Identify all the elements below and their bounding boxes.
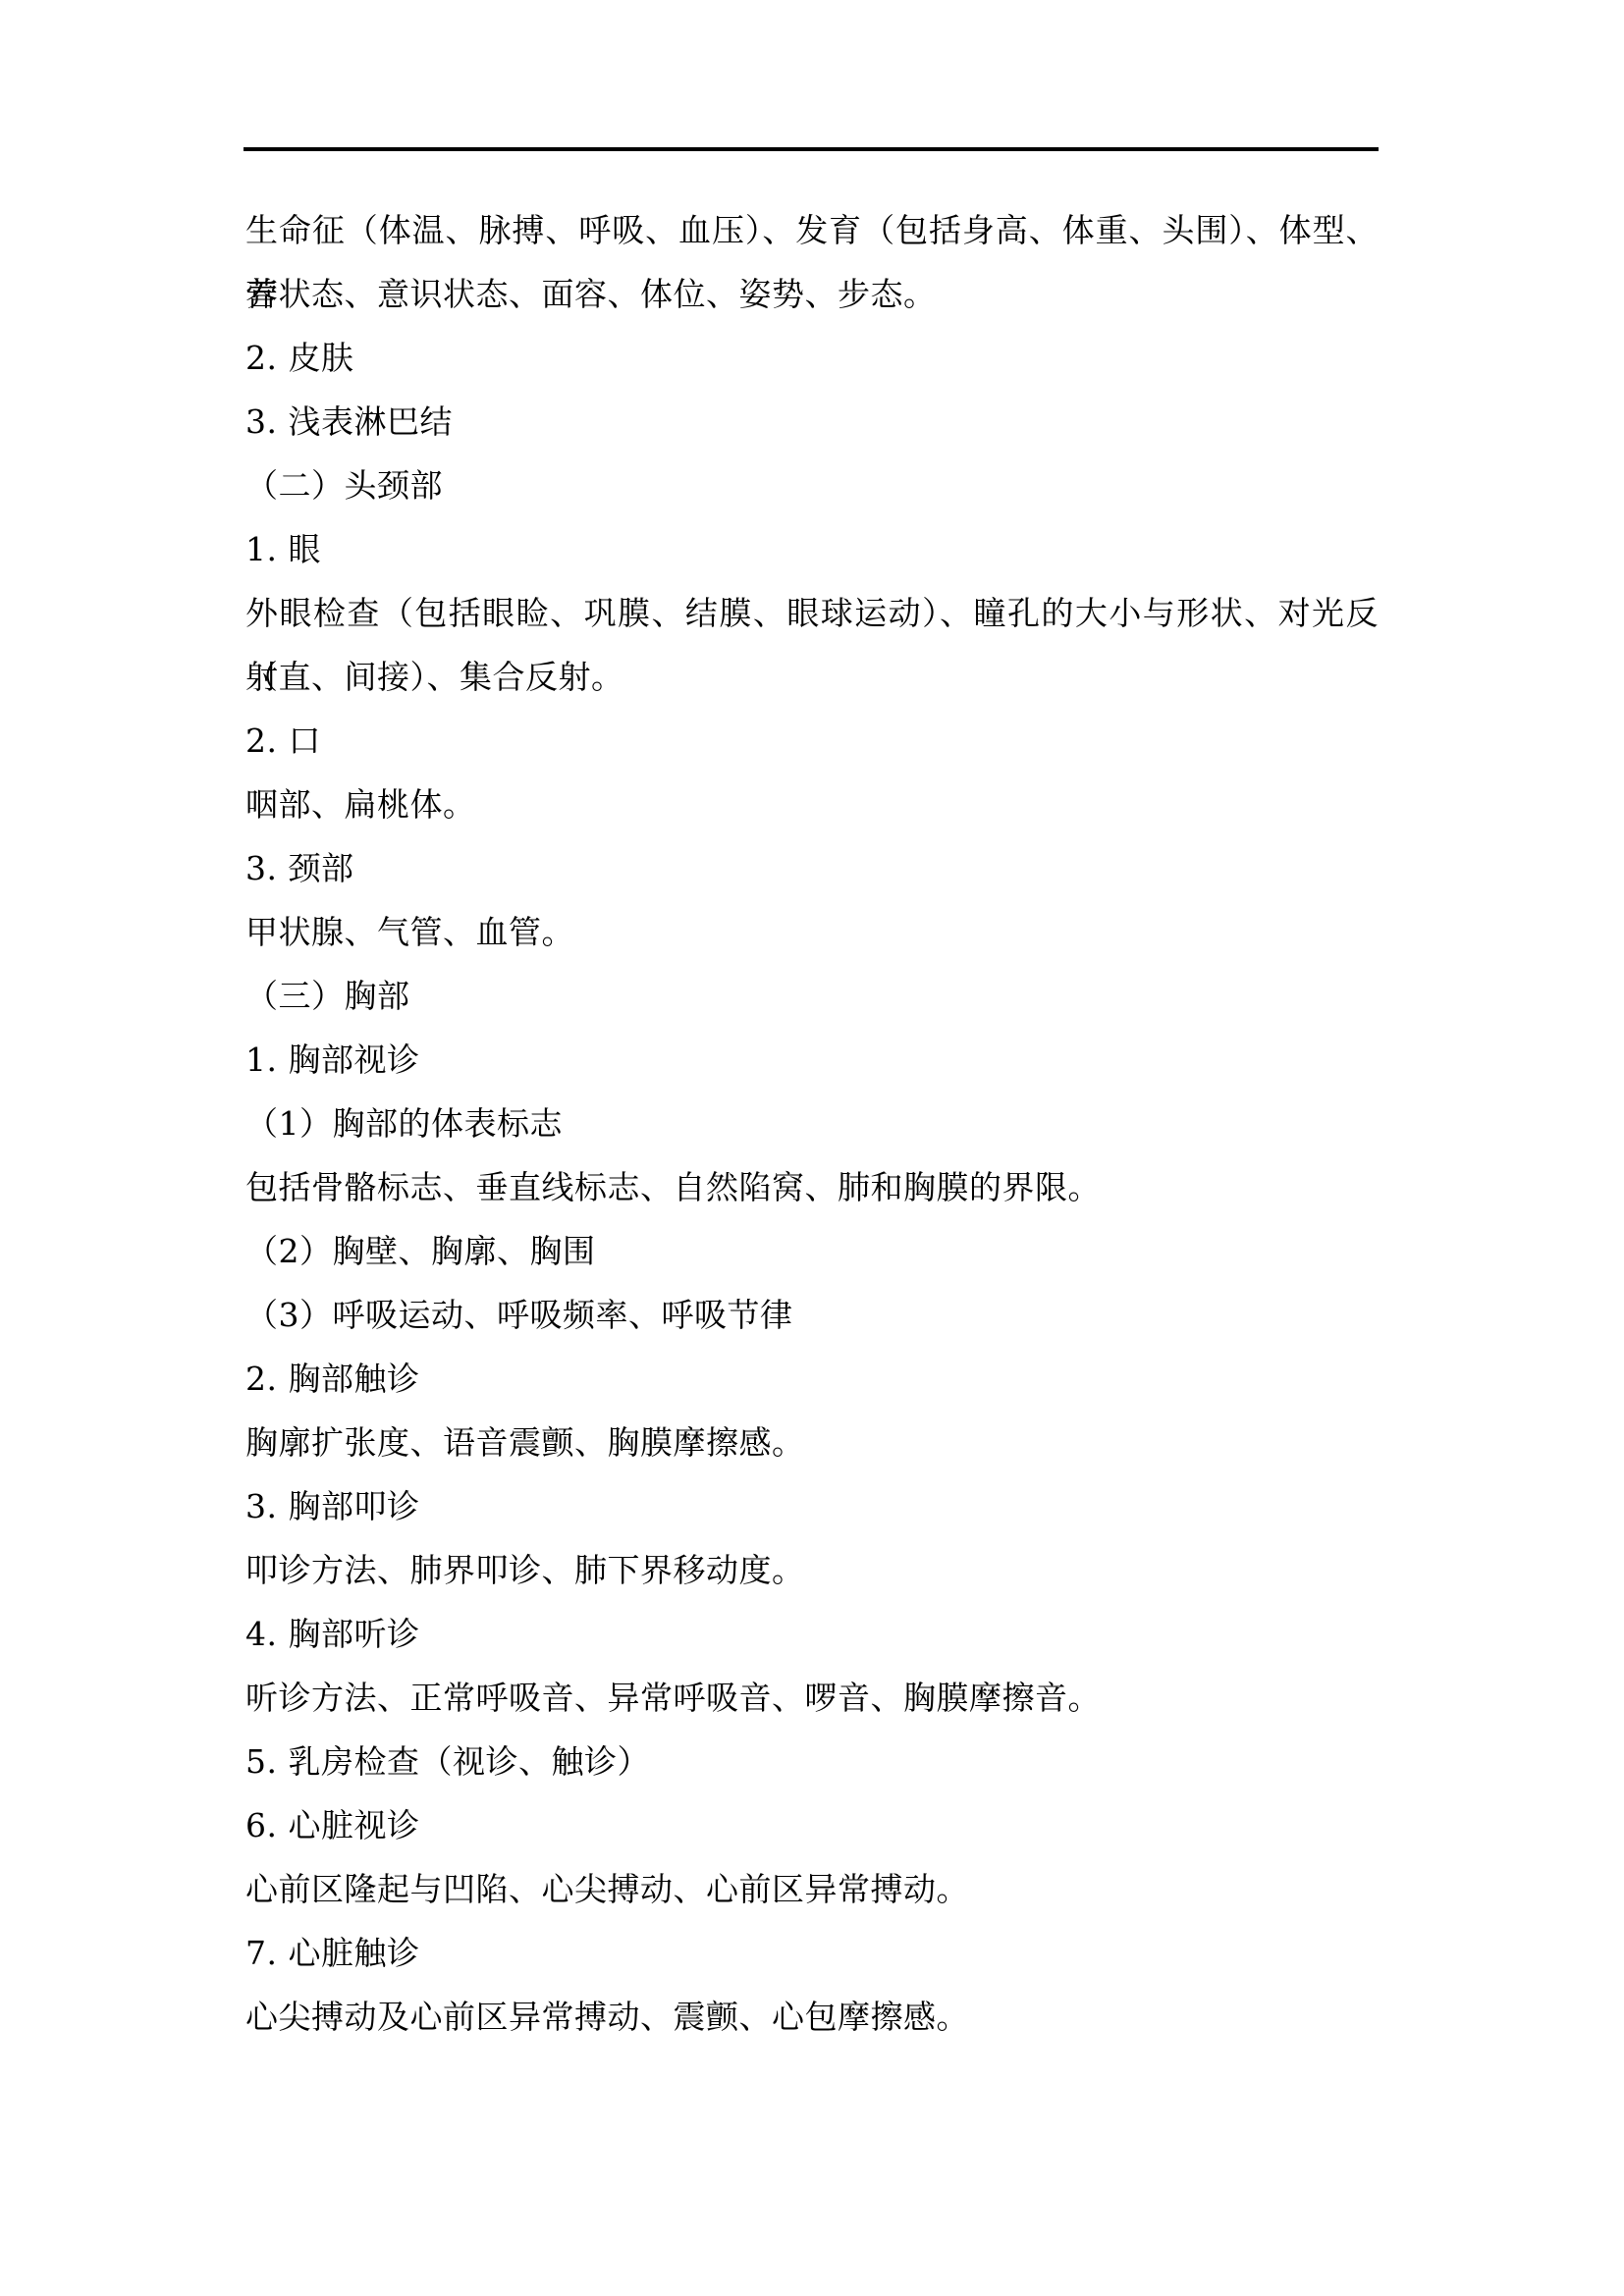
text-line: 6. 心脏视诊 xyxy=(245,1793,1379,1857)
text-line: 3. 胸部叩诊 xyxy=(245,1474,1379,1538)
text-line: 3. 颈部 xyxy=(245,836,1379,900)
text-line: 心前区隆起与凹陷、心尖搏动、心前区异常搏动。 xyxy=(245,1857,1379,1921)
text-line: 甲状腺、气管、血管。 xyxy=(245,900,1379,964)
text-line: 7. 心脏触诊 xyxy=(245,1921,1379,1985)
text-line: 生命征（体温、脉搏、呼吸、血压）、发育（包括身高、体重、头围）、体型、营 xyxy=(245,198,1379,262)
header-rule xyxy=(244,147,1379,151)
text-line: （三）胸部 xyxy=(245,964,1379,1028)
text-line: 2. 口 xyxy=(245,709,1379,773)
text-line: 5. 乳房检查（视诊、触诊） xyxy=(245,1730,1379,1793)
text-line: 3. 浅表淋巴结 xyxy=(245,390,1379,454)
text-line: 4. 胸部听诊 xyxy=(245,1602,1379,1666)
text-line: （3）呼吸运动、呼吸频率、呼吸节律 xyxy=(245,1283,1379,1347)
text-line: 1. 眼 xyxy=(245,517,1379,581)
text-line: （1）胸部的体表标志 xyxy=(245,1092,1379,1155)
text-line: 养状态、意识状态、面容、体位、姿势、步态。 xyxy=(245,262,1379,326)
text-line: 咽部、扁桃体。 xyxy=(245,773,1379,836)
text-line: 2. 胸部触诊 xyxy=(245,1347,1379,1411)
text-line: （2）胸壁、胸廓、胸围 xyxy=(245,1219,1379,1283)
document-body: 生命征（体温、脉搏、呼吸、血压）、发育（包括身高、体重、头围）、体型、营养状态、… xyxy=(245,198,1379,2049)
document-page: 生命征（体温、脉搏、呼吸、血压）、发育（包括身高、体重、头围）、体型、营养状态、… xyxy=(0,0,1624,2296)
text-line: 心尖搏动及心前区异常搏动、震颤、心包摩擦感。 xyxy=(245,1985,1379,2049)
text-line: （二）头颈部 xyxy=(245,454,1379,517)
text-line: 包括骨骼标志、垂直线标志、自然陷窝、肺和胸膜的界限。 xyxy=(245,1155,1379,1219)
text-line: 1. 胸部视诊 xyxy=(245,1028,1379,1092)
text-line: 叩诊方法、肺界叩诊、肺下界移动度。 xyxy=(245,1538,1379,1602)
text-line: 听诊方法、正常呼吸音、异常呼吸音、啰音、胸膜摩擦音。 xyxy=(245,1666,1379,1730)
text-line: 胸廓扩张度、语音震颤、胸膜摩擦感。 xyxy=(245,1411,1379,1474)
text-line: 2. 皮肤 xyxy=(245,326,1379,390)
text-line: （直、间接）、集合反射。 xyxy=(245,645,1379,709)
text-line: 外眼检查（包括眼睑、巩膜、结膜、眼球运动）、瞳孔的大小与形状、对光反射 xyxy=(245,581,1379,645)
